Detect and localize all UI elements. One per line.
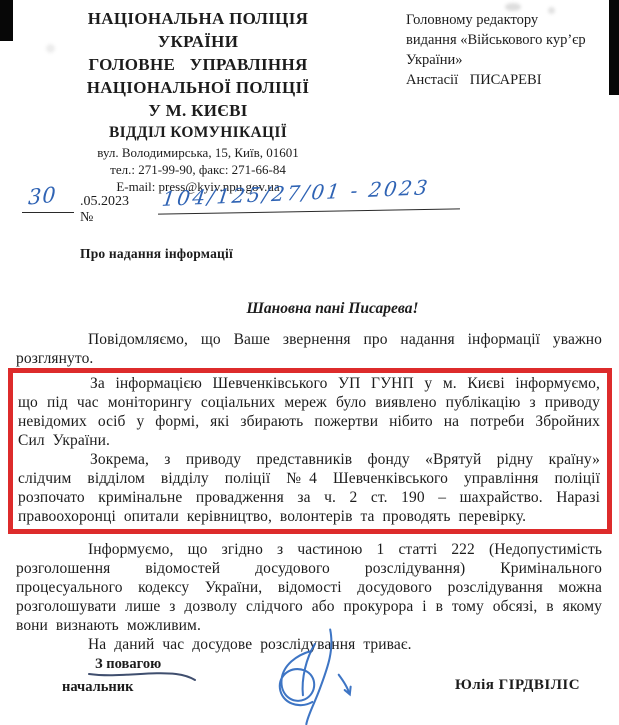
scan-corner-mark-top-left	[0, 0, 13, 41]
scanned-letter-page: НАЦІОНАЛЬНА ПОЛІЦІЯ УКРАЇНИ ГОЛОВНЕ УПРА…	[0, 0, 619, 725]
recipient-line: України»	[406, 50, 618, 70]
handwritten-signature	[255, 627, 373, 725]
org-address: вул. Володимирська, 15, Київ, 01601	[48, 144, 348, 161]
signer-name: Юлія ГІРДВІЛІС	[455, 677, 580, 694]
handwritten-date-day: 30	[28, 182, 57, 209]
red-highlight-box: За інформацією Шевченківського УП ГУНП у…	[8, 368, 612, 534]
body-paragraph: Повідомляємо, що Ваше звернення про нада…	[16, 330, 602, 368]
letterhead-org-block: НАЦІОНАЛЬНА ПОЛІЦІЯ УКРАЇНИ ГОЛОВНЕ УПРА…	[48, 7, 348, 195]
org-phone: тел.: 271-99-90, факс: 271-66-84	[48, 161, 348, 178]
body-intro: Повідомляємо, що Ваше звернення про нада…	[16, 330, 602, 368]
body-paragraph-highlighted: Зокрема, з приводу представників фонду «…	[18, 450, 600, 526]
org-name-line: У М. КИЄВІ	[48, 99, 348, 122]
org-department: ВІДДІЛ КОМУНІКАЦІЇ	[48, 122, 348, 144]
org-name-line: НАЦІОНАЛЬНА ПОЛІЦІЯ	[48, 7, 348, 30]
subject-line: Про надання інформації	[80, 246, 233, 262]
recipient-name: Анстасії ПИСАРЕВІ	[406, 70, 618, 90]
date-underline	[22, 212, 74, 213]
body-paragraph-highlighted: За інформацією Шевченківського УП ГУНП у…	[18, 374, 600, 450]
recipient-line: видання «Військового кур’єр	[406, 30, 618, 50]
body-paragraph: Інформуємо, що згідно з частиною 1 статт…	[16, 540, 602, 635]
recipient-line: Головному редактору	[406, 10, 618, 30]
org-name-line: УКРАЇНИ	[48, 30, 348, 53]
salutation: Шановна пані Писарева!	[50, 300, 615, 318]
printed-date-and-number-sign: .05.2023 №	[80, 194, 129, 226]
org-name-line: НАЦІОНАЛЬНОЇ ПОЛІЦІЇ	[48, 76, 348, 99]
org-name-line: ГОЛОВНЕ УПРАВЛІННЯ	[48, 53, 348, 76]
reference-underline	[158, 208, 460, 214]
signer-position: начальник	[62, 679, 133, 696]
recipient-block: Головному редактору видання «Військового…	[406, 10, 618, 90]
